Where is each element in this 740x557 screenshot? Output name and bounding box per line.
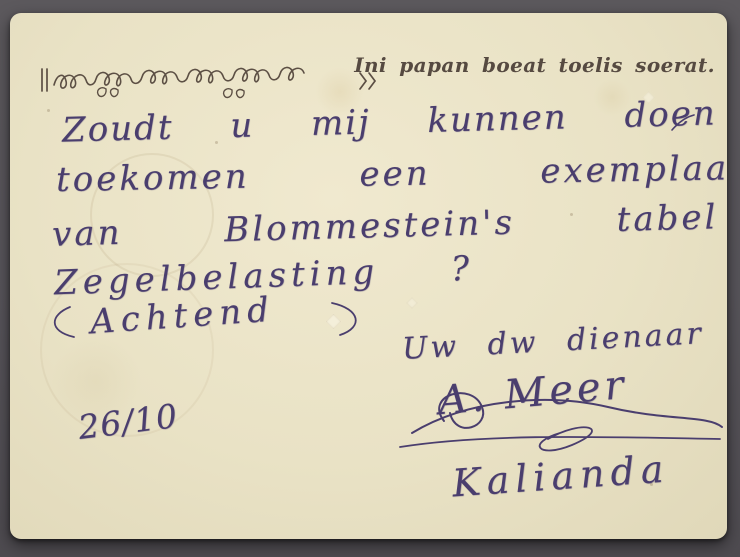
handwritten-signature: A. Meer xyxy=(437,365,630,421)
paper-fleck xyxy=(326,314,342,330)
dust-speck xyxy=(47,109,50,112)
printed-instruction: Ini papan boeat toelis soerat. xyxy=(354,53,715,77)
handwritten-date: 26/10 xyxy=(76,399,179,444)
photo-backdrop: Ini papan boeat toelis soerat. Zoudt u m… xyxy=(0,0,740,557)
postal-card: Ini papan boeat toelis soerat. Zoudt u m… xyxy=(10,13,727,539)
handwritten-place: Kalianda xyxy=(451,449,671,502)
handwritten-line-3: van Blommestein's tabel xyxy=(52,200,719,251)
handwritten-closing: Uw dw dienaar xyxy=(401,319,704,365)
handwritten-line-1: Zoudt u mij kunnen doen xyxy=(62,96,717,147)
paper-fleck xyxy=(406,297,417,308)
handwritten-line-5: Achtend xyxy=(89,293,276,340)
handwritten-line-2: toekomen een exemplaar xyxy=(56,151,727,197)
javanese-script-line xyxy=(36,57,381,103)
